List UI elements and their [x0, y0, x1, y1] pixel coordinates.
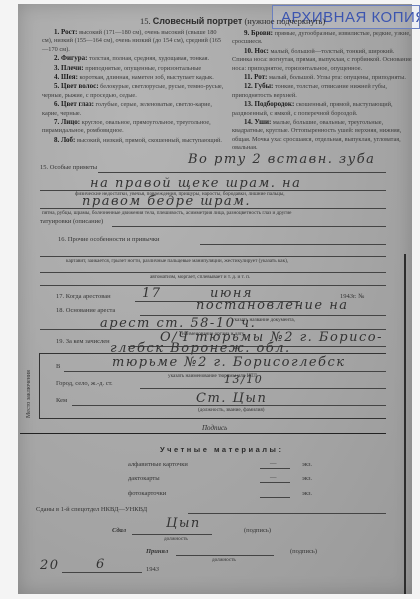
special-marks-line-1	[98, 172, 386, 173]
handover-line	[188, 513, 386, 514]
photo-cards-unit: экз.	[302, 490, 412, 497]
other-traits-line-1	[200, 244, 386, 245]
arrest-year: 1943г. №	[340, 293, 412, 300]
signature-label: Подпись	[202, 424, 227, 432]
portrait-item-nose: 10. Нос: малый, большой—толстый, тонкий,…	[232, 47, 412, 73]
portrait-item-hair-color: 5. Цвет волос: белокурые, светлорусые, р…	[42, 82, 227, 100]
arrest-number-label: №	[358, 293, 364, 300]
arrest-day-value: 17	[142, 286, 162, 301]
date-year-handwritten: 3	[156, 566, 159, 573]
portrait-item-lips: 12. Губы: тонкие, толстые, отвисание ниж…	[232, 82, 412, 100]
handed-signature: Цып	[166, 516, 201, 531]
city-value: 13/10	[224, 373, 263, 386]
place-of-detention-side-label: Место заключения	[26, 348, 32, 418]
portrait-right-column: 9. Брови: прямые, дугообразные, извилист…	[232, 29, 412, 153]
portrait-item-eyebrows: 9. Брови: прямые, дугообразные, извилист…	[232, 29, 412, 47]
special-marks-hint-2: пятна, рубцы, шрамы, болезненные движени…	[42, 210, 291, 216]
section-title-text: Словесный портрет	[153, 16, 243, 26]
handed-signature-hint: (подпись)	[244, 527, 412, 534]
handed-line	[132, 534, 212, 535]
portrait-item-figure: 2. Фигура: толстая, полная, средняя, худ…	[42, 54, 227, 63]
other-traits-hint-1: картавит, заикается, грызет ногти, разли…	[66, 258, 288, 264]
alphabet-cards-unit: экз.	[302, 461, 412, 468]
other-traits-line-2	[40, 256, 386, 257]
accepted-line	[176, 555, 274, 556]
prison-line	[64, 371, 386, 372]
accepted-position-hint: должность	[212, 557, 236, 563]
other-traits-hint-2: автоматизм, моргает, сплевывает и т. д. …	[150, 274, 250, 280]
portrait-item-neck: 4. Шея: короткая, длинная, наметен зоб, …	[42, 73, 227, 82]
date-year: 1943	[146, 566, 412, 573]
place-box-top	[39, 353, 386, 354]
date-day-value: 20	[40, 558, 60, 573]
other-traits-line-3	[40, 272, 386, 273]
section-title-note: (нужное подчеркнуть)	[244, 16, 325, 26]
special-marks-value-1: Во рту 2 вставн. зуба	[188, 152, 375, 167]
accounting-title: Учетные материалы:	[160, 445, 283, 454]
portrait-item-chin: 13. Подбородок: скошенный, прямой, высту…	[232, 100, 412, 118]
alphabet-cards-line	[260, 468, 290, 469]
section-title: 15. Словесный портрет (нужное подчеркнут…	[140, 16, 325, 26]
portrait-item-height: 1. Рост: высокий (171—180 см), очень выс…	[42, 28, 227, 54]
place-box-left	[39, 353, 40, 418]
portrait-item-ears: 14. Уши: малые, большие, овальные, треуг…	[232, 118, 412, 153]
portrait-item-eye-color: 6. Цвет глаз: голубые, серые, зеленоваты…	[42, 100, 227, 118]
photo-cards-line	[260, 497, 290, 498]
portrait-item-shoulders: 3. Плечи: приподнятые, опущенные, горизо…	[42, 64, 227, 73]
prison-value: тюрьме №2 г. Борисоглебск	[112, 355, 346, 370]
by-whom-hint: (должность, звание, фамилия)	[198, 407, 264, 413]
portrait-item-forehead: 8. Лоб: высокий, низкий, прямой, скошенн…	[42, 136, 227, 145]
other-traits-label: 16. Прочие особенности и привычки	[58, 236, 412, 243]
handed-position-hint: должность	[164, 536, 188, 542]
portrait-item-mouth: 11. Рот: малый, большой. Углы рта: опуще…	[232, 73, 412, 82]
date-month-value: 6	[96, 557, 106, 572]
accepted-signature-hint: (подпись)	[290, 548, 412, 555]
special-marks-value-2: на правой щеке шрам. на	[90, 176, 301, 191]
special-marks-value-3: правом бедре шрам.	[82, 194, 251, 209]
city-line	[140, 388, 386, 389]
arrest-basis-hint-1: указать название документа,	[232, 317, 295, 323]
special-marks-line-3	[40, 208, 386, 209]
by-whom-value: Ст. Цып	[196, 391, 267, 406]
date-month-line	[62, 572, 142, 573]
tattoo-line	[112, 226, 386, 227]
portrait-item-face: 7. Лицо: круглое, овальное, прямоугольно…	[42, 118, 227, 136]
tattoo-label: татуировки (описание)	[40, 218, 412, 225]
fingerprint-cards-unit: экз.	[302, 475, 412, 482]
handover-label: Сданы в 1-й спецотдел НКВД—УНКВД	[36, 506, 412, 513]
section-divider	[20, 433, 386, 434]
fingerprint-cards-line	[260, 482, 290, 483]
arrest-basis-value-1: постановление на	[196, 298, 349, 313]
portrait-left-column: 1. Рост: высокий (171—180 см), очень выс…	[42, 28, 227, 145]
place-box-bottom	[39, 418, 386, 419]
form-right-border	[404, 254, 406, 594]
